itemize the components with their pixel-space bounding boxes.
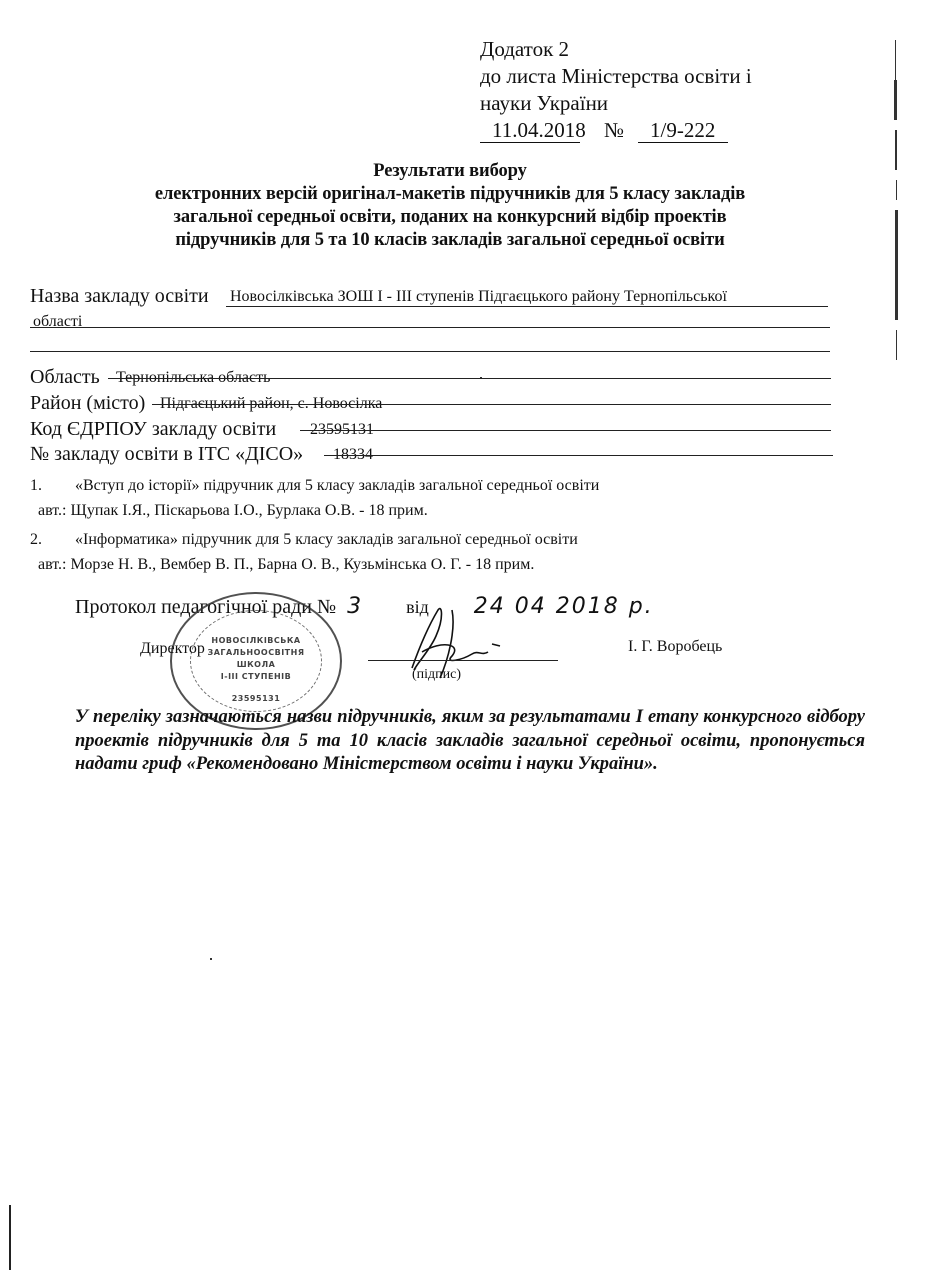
title-line: електронних версій оригінал-макетів підр… [40,183,860,206]
letter-date: 11.04.2018 [492,117,586,144]
letter-number: 1/9-222 [650,117,715,144]
underline [30,351,830,352]
addendum-header: Додаток 2 до листа Міністерства освіти і… [480,36,800,145]
textbook-title: «Вступ до історії» підручник для 5 класу… [75,474,599,498]
signature-caption: (підпис) [412,667,461,683]
underline [480,142,580,143]
director-label: Директор [140,640,205,658]
title-line: підручників для 5 та 10 класів закладів … [40,229,860,252]
edrpou-label: Код ЄДРПОУ закладу освіти [30,418,276,441]
region-field: Область Тернопільська область [30,366,100,389]
letter-reference: 11.04.2018 № 1/9-222 [480,117,800,145]
item-number: 2. [30,528,42,552]
underline [152,404,831,405]
director-name: І. Г. Воробець [628,638,722,656]
document-title: Результати вибору електронних версій ори… [40,160,860,252]
title-line: Результати вибору [40,160,860,183]
speck [210,958,212,960]
district-field: Район (місто) Підгаєцький район, с. Ново… [30,392,145,415]
addendum-line: до листа Міністерства освіти і [480,63,800,90]
stamp-text: ШКОЛА [172,660,340,669]
institution-label: Назва закладу освіти [30,285,209,308]
scan-edge-artifact [9,1205,11,1270]
title-line: загальної середньої освіти, поданих на к… [40,206,860,229]
underline [324,455,833,456]
addendum-line: науки України [480,90,800,117]
signature-line [368,660,558,661]
footnote: У переліку зазначаються назви підручникі… [75,706,865,777]
underline [300,430,831,431]
textbook-authors: авт.: Морзе Н. В., Вембер В. П., Барна О… [38,553,534,577]
underline [638,142,728,143]
item-number: 1. [30,474,42,498]
district-label: Район (місто) [30,392,145,415]
region-label: Область [30,366,100,389]
stamp-text: І-ІІІ СТУПЕНІВ [172,672,340,681]
addendum-title: Додаток 2 [480,36,800,63]
diso-label: № закладу освіти в ІТС «ДІСО» [30,443,303,466]
textbook-authors: авт.: Щупак І.Я., Піскарьова І.О., Бурла… [38,499,428,523]
scan-edge-artifact [893,0,899,1280]
underline [30,327,830,328]
institution-field: Назва закладу освіти Новосілківська ЗОШ … [30,285,209,308]
underline [108,378,831,379]
protocol-number: 3 [347,594,361,619]
diso-field: № закладу освіти в ІТС «ДІСО» 18334 [30,443,303,466]
underline [226,306,828,307]
institution-value: Новосілківська ЗОШ І - ІІІ ступенів Підг… [230,288,727,306]
stamp-code: 23595131 [172,694,340,703]
number-sign: № [604,117,624,144]
protocol-line: Протокол педагогічної ради № 3 від 24 04… [75,594,654,619]
textbook-title: «Інформатика» підручник для 5 класу закл… [75,528,578,552]
edrpou-field: Код ЄДРПОУ закладу освіти 23595131 [30,418,276,441]
institution-value-cont: області [33,313,82,331]
